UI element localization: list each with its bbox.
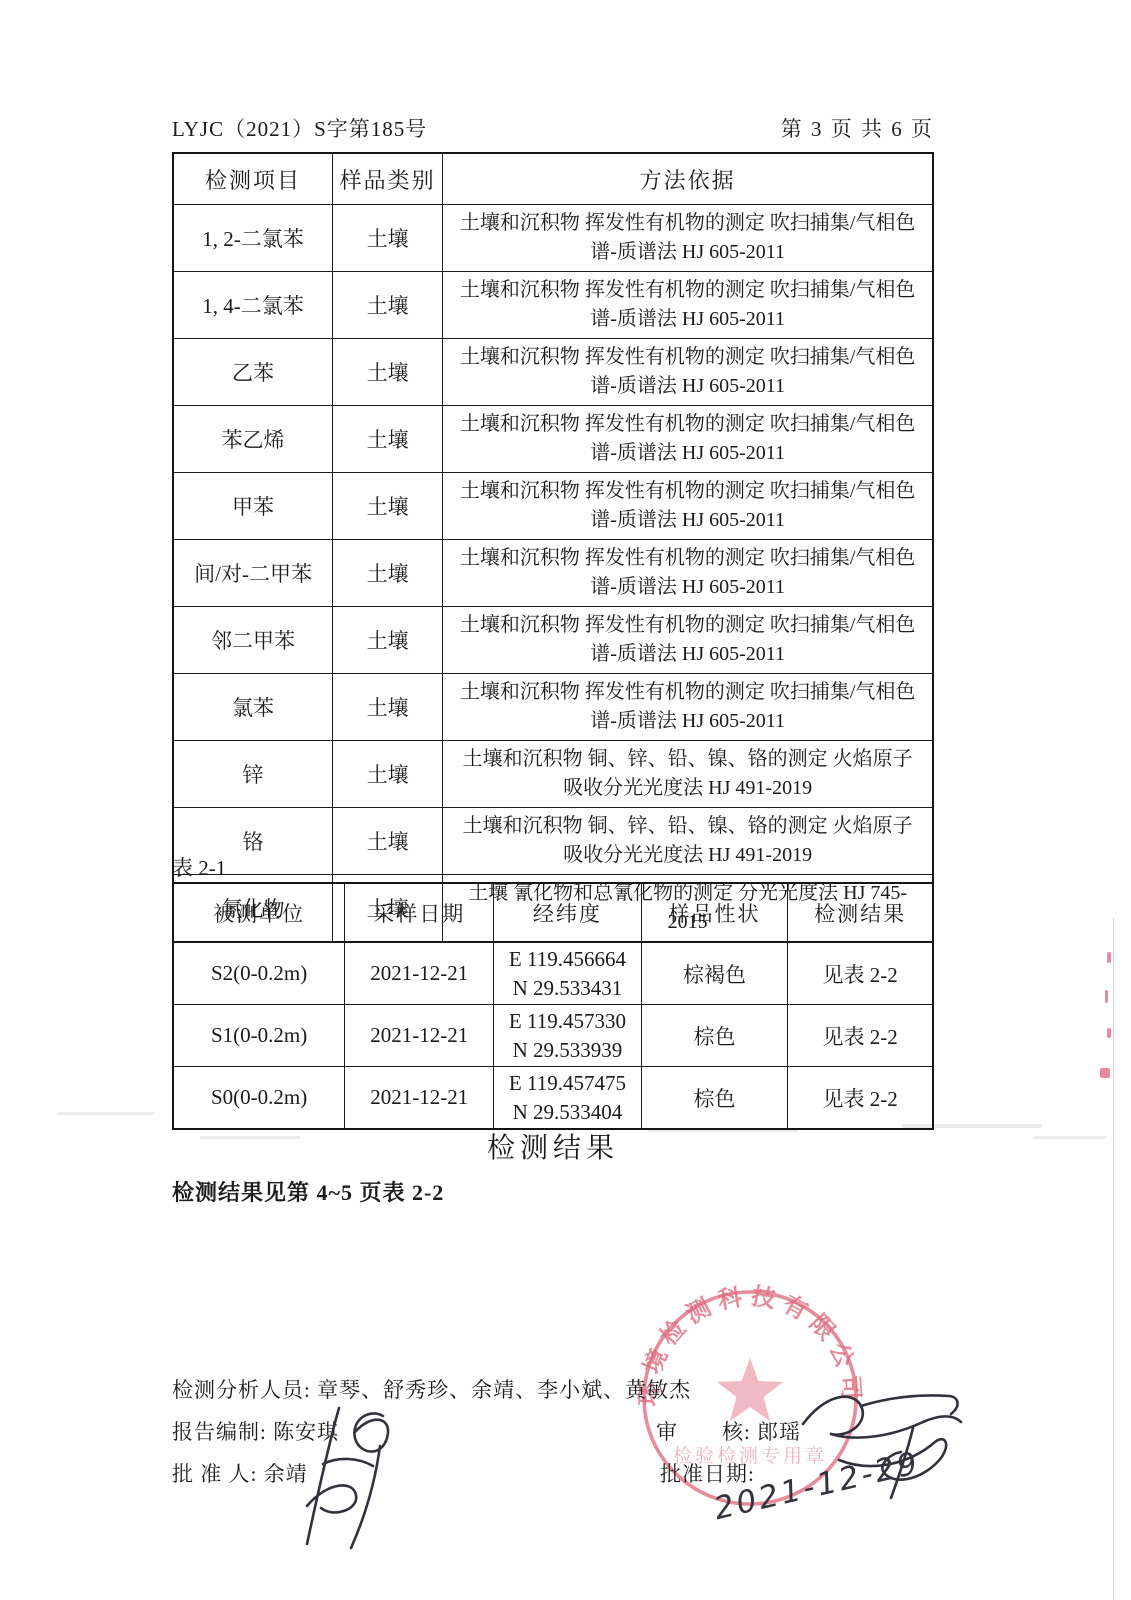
stamp-bleed-mark — [1100, 1068, 1110, 1078]
cell-method: 土壤和沉积物 挥发性有机物的测定 吹扫捕集/气相色谱-质谱法 HJ 605-20… — [443, 339, 933, 406]
cell-coordinates: E 119.456664 N 29.533431 — [494, 943, 641, 1005]
cell-method: 土壤和沉积物 铜、锌、铅、镍、铬的测定 火焰原子吸收分光光度法 HJ 491-2… — [443, 741, 933, 808]
sample-table: 被测单位 采样日期 经纬度 样品性状 检测结果 S2(0-0.2m) 2021-… — [172, 882, 934, 1130]
report-page: LYJC（2021）S字第185号 第 3 页 共 6 页 检测项目 样品类别 … — [0, 0, 1131, 1600]
scan-smudge — [1034, 1136, 1106, 1139]
cell-method: 土壤和沉积物 挥发性有机物的测定 吹扫捕集/气相色谱-质谱法 HJ 605-20… — [443, 473, 933, 540]
cell-type: 土壤 — [333, 674, 443, 741]
table-row: 铬 土壤 土壤和沉积物 铜、锌、铅、镍、铬的测定 火焰原子吸收分光光度法 HJ … — [173, 808, 933, 875]
cell-result: 见表 2-2 — [788, 943, 933, 1005]
document-number: LYJC（2021）S字第185号 — [172, 113, 427, 143]
cell-type: 土壤 — [333, 339, 443, 406]
cell-type: 土壤 — [333, 741, 443, 808]
cell-date: 2021-12-21 — [345, 1005, 494, 1067]
analysts-line: 检测分析人员: 章琴、舒秀珍、余靖、李小斌、黄敏杰 — [172, 1374, 691, 1404]
scan-smudge — [58, 1112, 154, 1115]
compiler-label: 报告编制: — [172, 1420, 267, 1444]
cell-item: 邻二甲苯 — [173, 607, 333, 674]
cell-method: 土壤和沉积物 挥发性有机物的测定 吹扫捕集/气相色谱-质谱法 HJ 605-20… — [443, 607, 933, 674]
column-header: 样品类别 — [333, 153, 443, 205]
table-row: S2(0-0.2m) 2021-12-21 E 119.456664 N 29.… — [173, 943, 933, 1005]
table-row: 邻二甲苯 土壤 土壤和沉积物 挥发性有机物的测定 吹扫捕集/气相色谱-质谱法 H… — [173, 607, 933, 674]
approval-date-label: 批准日期: — [660, 1462, 755, 1486]
column-header: 样品性状 — [641, 883, 788, 943]
approver-label: 批 准 人: — [172, 1462, 257, 1486]
cell-date: 2021-12-21 — [345, 943, 494, 1005]
cell-character: 棕色 — [641, 1005, 788, 1067]
table-header-row: 检测项目 样品类别 方法依据 — [173, 153, 933, 205]
results-heading: 检测结果 — [172, 1126, 934, 1166]
cell-coordinates: E 119.457475 N 29.533404 — [494, 1067, 641, 1130]
cell-type: 土壤 — [333, 406, 443, 473]
coordinate-north: N 29.533939 — [500, 1036, 634, 1064]
analysts-names: 章琴、舒秀珍、余靖、李小斌、黄敏杰 — [317, 1378, 691, 1402]
table-row: 甲苯 土壤 土壤和沉积物 挥发性有机物的测定 吹扫捕集/气相色谱-质谱法 HJ … — [173, 473, 933, 540]
cell-method: 土壤和沉积物 挥发性有机物的测定 吹扫捕集/气相色谱-质谱法 HJ 605-20… — [443, 674, 933, 741]
column-header: 采样日期 — [345, 883, 494, 943]
table-header-row: 被测单位 采样日期 经纬度 样品性状 检测结果 — [173, 883, 933, 943]
cell-type: 土壤 — [333, 272, 443, 339]
cell-type: 土壤 — [333, 205, 443, 272]
cell-item: 甲苯 — [173, 473, 333, 540]
table-row: S1(0-0.2m) 2021-12-21 E 119.457330 N 29.… — [173, 1005, 933, 1067]
table-row: 锌 土壤 土壤和沉积物 铜、锌、铅、镍、铬的测定 火焰原子吸收分光光度法 HJ … — [173, 741, 933, 808]
cell-item: 1, 2-二氯苯 — [173, 205, 333, 272]
cell-unit: S0(0-0.2m) — [173, 1067, 345, 1130]
stamp-bleed-mark — [1105, 990, 1108, 1003]
analysts-label: 检测分析人员: — [172, 1378, 311, 1402]
table-row: 1, 4-二氯苯 土壤 土壤和沉积物 挥发性有机物的测定 吹扫捕集/气相色谱-质… — [173, 272, 933, 339]
cell-type: 土壤 — [333, 607, 443, 674]
table-row: 氯苯 土壤 土壤和沉积物 挥发性有机物的测定 吹扫捕集/气相色谱-质谱法 HJ … — [173, 674, 933, 741]
cell-result: 见表 2-2 — [788, 1005, 933, 1067]
cell-coordinates: E 119.457330 N 29.533939 — [494, 1005, 641, 1067]
cell-character: 棕色 — [641, 1067, 788, 1130]
cell-item: 氯苯 — [173, 674, 333, 741]
method-table: 检测项目 样品类别 方法依据 1, 2-二氯苯 土壤 土壤和沉积物 挥发性有机物… — [172, 152, 934, 943]
column-header: 被测单位 — [173, 883, 345, 943]
table-row: 乙苯 土壤 土壤和沉积物 挥发性有机物的测定 吹扫捕集/气相色谱-质谱法 HJ … — [173, 339, 933, 406]
cell-method: 土壤和沉积物 挥发性有机物的测定 吹扫捕集/气相色谱-质谱法 HJ 605-20… — [443, 205, 933, 272]
cell-result: 见表 2-2 — [788, 1067, 933, 1130]
cell-method: 土壤和沉积物 铜、锌、铅、镍、铬的测定 火焰原子吸收分光光度法 HJ 491-2… — [443, 808, 933, 875]
reviewer-line: 审 核: 郎瑶 — [656, 1416, 801, 1446]
approver-signature — [283, 1402, 411, 1550]
stamp-bleed-mark — [1107, 952, 1111, 963]
paper-edge-line — [1113, 918, 1114, 1600]
stamp-bleed-mark — [1107, 1028, 1111, 1038]
cell-unit: S1(0-0.2m) — [173, 1005, 345, 1067]
cell-unit: S2(0-0.2m) — [173, 943, 345, 1005]
coordinate-north: N 29.533404 — [500, 1098, 634, 1126]
column-header: 方法依据 — [443, 153, 933, 205]
reviewer-label: 审 核: — [656, 1420, 751, 1444]
column-header: 检测结果 — [788, 883, 933, 943]
cell-character: 棕褐色 — [641, 943, 788, 1005]
cell-item: 1, 4-二氯苯 — [173, 272, 333, 339]
column-header: 经纬度 — [494, 883, 641, 943]
cell-date: 2021-12-21 — [345, 1067, 494, 1130]
table-row: 间/对-二甲苯 土壤 土壤和沉积物 挥发性有机物的测定 吹扫捕集/气相色谱-质谱… — [173, 540, 933, 607]
coordinate-east: E 119.457475 — [500, 1069, 634, 1097]
cell-type: 土壤 — [333, 808, 443, 875]
coordinate-east: E 119.456664 — [500, 945, 634, 973]
table-row: S0(0-0.2m) 2021-12-21 E 119.457475 N 29.… — [173, 1067, 933, 1130]
cell-type: 土壤 — [333, 540, 443, 607]
table-row: 1, 2-二氯苯 土壤 土壤和沉积物 挥发性有机物的测定 吹扫捕集/气相色谱-质… — [173, 205, 933, 272]
table-row: 苯乙烯 土壤 土壤和沉积物 挥发性有机物的测定 吹扫捕集/气相色谱-质谱法 HJ… — [173, 406, 933, 473]
table-2-1-caption: 表 2-1 — [172, 852, 226, 882]
cell-item: 间/对-二甲苯 — [173, 540, 333, 607]
column-header: 检测项目 — [173, 153, 333, 205]
cell-method: 土壤和沉积物 挥发性有机物的测定 吹扫捕集/气相色谱-质谱法 HJ 605-20… — [443, 272, 933, 339]
page-indicator: 第 3 页 共 6 页 — [634, 113, 934, 143]
cell-type: 土壤 — [333, 473, 443, 540]
approval-date-line: 批准日期: — [660, 1458, 755, 1488]
cell-item: 乙苯 — [173, 339, 333, 406]
cell-method: 土壤和沉积物 挥发性有机物的测定 吹扫捕集/气相色谱-质谱法 HJ 605-20… — [443, 406, 933, 473]
coordinate-north: N 29.533431 — [500, 974, 634, 1002]
coordinate-east: E 119.457330 — [500, 1007, 634, 1035]
results-note: 检测结果见第 4~5 页表 2-2 — [172, 1176, 444, 1207]
cell-item: 苯乙烯 — [173, 406, 333, 473]
cell-item: 锌 — [173, 741, 333, 808]
cell-method: 土壤和沉积物 挥发性有机物的测定 吹扫捕集/气相色谱-质谱法 HJ 605-20… — [443, 540, 933, 607]
star-icon — [717, 1358, 783, 1421]
